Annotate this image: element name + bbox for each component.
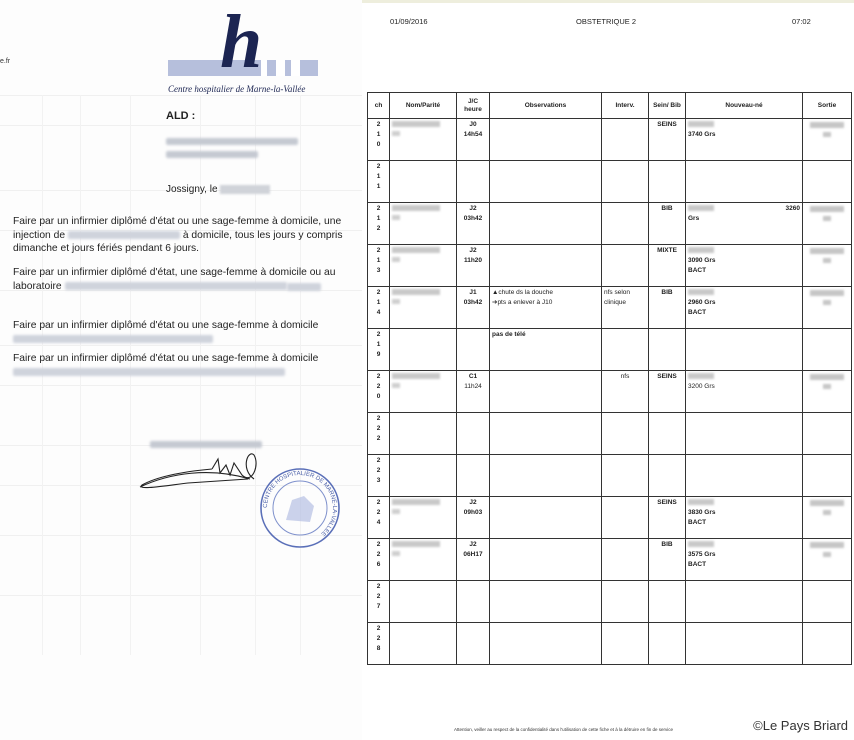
observations: [490, 455, 602, 497]
redacted-text: [287, 283, 321, 291]
discharge: [803, 539, 852, 581]
observations: [490, 497, 602, 539]
newborn-weight: 3090 Grs: [688, 256, 800, 266]
discharge: [803, 497, 852, 539]
feeding-type: [649, 455, 686, 497]
table-row: 211: [368, 161, 852, 203]
day-time: [457, 581, 490, 623]
photo-credit: ©Le Pays Briard: [751, 718, 850, 733]
prescription-page: e.fr h Centre hospitalier de Marne-la-Va…: [0, 0, 362, 740]
redacted-discharge: [823, 300, 831, 305]
redacted-name: [392, 205, 440, 211]
redacted-name: [392, 121, 440, 127]
hospital-logo: h Centre hospitalier de Marne-la-Vallée: [160, 18, 320, 98]
time: 11h24: [459, 382, 487, 392]
table-row: 213J211h20MIXTE3090 GrsBACT: [368, 245, 852, 287]
room-number: 210: [368, 119, 390, 161]
table-row: 226J206H17BIB3575 GrsBACT: [368, 539, 852, 581]
newborn: 3740 Grs: [686, 119, 803, 161]
observations: [490, 203, 602, 245]
intervention: [602, 581, 649, 623]
patient-name: [390, 119, 457, 161]
day-time: [457, 623, 490, 665]
observations: [490, 245, 602, 287]
patient-name: [390, 623, 457, 665]
redacted-discharge: [823, 258, 831, 263]
room-number: 211: [368, 161, 390, 203]
newborn-weight-value: 3260: [786, 204, 800, 214]
prescription-3: Faire par un infirmier diplômé d'état ou…: [13, 319, 343, 346]
newborn: [686, 161, 803, 203]
redacted-discharge: [810, 248, 844, 254]
feeding-type: [649, 161, 686, 203]
table-row: 220C111h24nfsSEINS3200 Grs: [368, 371, 852, 413]
feeding-type: SEINS: [649, 119, 686, 161]
day-time: J103h42: [457, 287, 490, 329]
observations: ▲chute ds la douche ➔pts a enlever à J10: [490, 287, 602, 329]
day-code: J2: [459, 498, 487, 508]
room-number: 224: [368, 497, 390, 539]
redacted-discharge: [810, 122, 844, 128]
redacted-patient-name: [166, 138, 298, 145]
column-header-sortie: Sortie: [803, 93, 852, 119]
patient-name: [390, 539, 457, 581]
discharge: [803, 329, 852, 371]
page-edge: [362, 0, 854, 3]
obstetrics-sheet: 01/09/2016 OBSTETRIQUE 2 07:02 chNom/Par…: [362, 0, 854, 740]
newborn-weight: 2960 Grs: [688, 298, 800, 308]
observations: pas de télé: [490, 329, 602, 371]
room-number: 227: [368, 581, 390, 623]
redacted-name: [392, 373, 440, 379]
observations: [490, 413, 602, 455]
intervention: nfs: [602, 371, 649, 413]
column-header-sein-bib: Sein/ Bib: [649, 93, 686, 119]
patient-name: [390, 371, 457, 413]
feeding-type: [649, 581, 686, 623]
observations: [490, 119, 602, 161]
prescription-4: Faire par un infirmier diplômé d'état ou…: [13, 352, 343, 379]
table-header: chNom/ParitéJ/C heureObservationsInterv.…: [368, 93, 852, 119]
redacted-medication: [68, 231, 180, 239]
website-fragment: e.fr: [0, 58, 10, 65]
redacted-discharge: [823, 510, 831, 515]
redacted-name: [392, 541, 440, 547]
feeding-type: BIB: [649, 287, 686, 329]
newborn-weight: Grs: [688, 214, 800, 224]
redacted-date: [220, 185, 270, 194]
sheet-time: 07:02: [792, 17, 811, 26]
discharge: [803, 623, 852, 665]
redacted-parity: [392, 131, 400, 136]
intervention: [602, 539, 649, 581]
day-code: J2: [459, 204, 487, 214]
redacted-text: [13, 335, 213, 343]
bact-flag: BACT: [688, 518, 800, 528]
table-row: 214J103h42▲chute ds la douche ➔pts a enl…: [368, 287, 852, 329]
column-header-nouveau-ne: Nouveau-né: [686, 93, 803, 119]
patient-name: [390, 455, 457, 497]
patient-name: [390, 581, 457, 623]
city-label: Jossigny, le: [166, 184, 218, 195]
redacted-patient-birthdate: [166, 151, 258, 158]
redacted-discharge: [810, 500, 844, 506]
table-row: 219pas de télé: [368, 329, 852, 371]
day-time: [457, 455, 490, 497]
hospital-stamp: CENTRE HOSPITALIER DE MARNE-LA-VALLEE: [258, 466, 342, 550]
table-row: 227: [368, 581, 852, 623]
room-number: 228: [368, 623, 390, 665]
column-header-observations: Observations: [490, 93, 602, 119]
redacted-newborn-name: [688, 499, 714, 505]
room-number: 222: [368, 413, 390, 455]
newborn: 3090 GrsBACT: [686, 245, 803, 287]
intervention: [602, 203, 649, 245]
redacted-parity: [392, 215, 400, 220]
patient-name: [390, 497, 457, 539]
observations: [490, 371, 602, 413]
redacted-newborn-name: [688, 289, 714, 295]
day-time: [457, 413, 490, 455]
discharge: [803, 455, 852, 497]
time: 03h42: [459, 298, 487, 308]
time: 06H17: [459, 550, 487, 560]
day-time: J209h03: [457, 497, 490, 539]
bact-flag: BACT: [688, 560, 800, 570]
place-date-line: Jossigny, le: [166, 184, 270, 195]
discharge: [803, 245, 852, 287]
room-number: 219: [368, 329, 390, 371]
feeding-type: MIXTE: [649, 245, 686, 287]
intervention: [602, 413, 649, 455]
day-time: J203h42: [457, 203, 490, 245]
patient-name: [390, 203, 457, 245]
day-code: J2: [459, 246, 487, 256]
discharge: [803, 371, 852, 413]
bact-flag: BACT: [688, 308, 800, 318]
feeding-type: [649, 329, 686, 371]
column-header-interv: Interv.: [602, 93, 649, 119]
discharge: [803, 581, 852, 623]
intervention: [602, 623, 649, 665]
newborn: [686, 581, 803, 623]
redacted-parity: [392, 509, 400, 514]
column-header-ch: ch: [368, 93, 390, 119]
time: 03h42: [459, 214, 487, 224]
table-row: 223: [368, 455, 852, 497]
redacted-parity: [392, 383, 400, 388]
confidentiality-note: Attention, veiller au respect de la conf…: [454, 727, 673, 732]
intervention: [602, 329, 649, 371]
redacted-name: [392, 499, 440, 505]
redacted-newborn-name: [688, 373, 714, 379]
redacted-text: [13, 368, 285, 376]
patient-name: [390, 329, 457, 371]
day-code: C1: [459, 372, 487, 382]
prescription-2: Faire par un infirmier diplômé d'état, u…: [13, 266, 343, 293]
newborn: [686, 455, 803, 497]
table-row: 210J014h54SEINS3740 Grs: [368, 119, 852, 161]
newborn: 2960 GrsBACT: [686, 287, 803, 329]
newborn: [686, 329, 803, 371]
time: 14h54: [459, 130, 487, 140]
observations: [490, 623, 602, 665]
observations: [490, 161, 602, 203]
patient-name: [390, 245, 457, 287]
bact-flag: BACT: [688, 266, 800, 276]
redacted-parity: [392, 551, 400, 556]
redacted-parity: [392, 257, 400, 262]
intervention: [602, 497, 649, 539]
intervention: nfs selon clinique: [602, 287, 649, 329]
discharge: [803, 287, 852, 329]
newborn-weight: 3740 Grs: [688, 130, 800, 140]
table-row: 224J209h03SEINS3830 GrsBACT: [368, 497, 852, 539]
day-time: J014h54: [457, 119, 490, 161]
feeding-type: BIB: [649, 203, 686, 245]
table-row: 228: [368, 623, 852, 665]
feeding-type: SEINS: [649, 371, 686, 413]
feeding-type: SEINS: [649, 497, 686, 539]
column-header-jc-heure: J/C heure: [457, 93, 490, 119]
newborn-weight: 3200 Grs: [688, 382, 800, 392]
room-number: 223: [368, 455, 390, 497]
redacted-name: [392, 247, 440, 253]
room-number: 214: [368, 287, 390, 329]
observations: [490, 539, 602, 581]
logo-letter: h: [220, 4, 262, 80]
redacted-discharge: [823, 552, 831, 557]
room-number: 220: [368, 371, 390, 413]
newborn: [686, 413, 803, 455]
redacted-newborn-name: [688, 205, 714, 211]
time: 09h03: [459, 508, 487, 518]
redacted-newborn-name: [688, 247, 714, 253]
intervention: [602, 161, 649, 203]
column-header-nom-parite: Nom/Parité: [390, 93, 457, 119]
redacted-newborn-name: [688, 121, 714, 127]
discharge: [803, 119, 852, 161]
day-code: J2: [459, 540, 487, 550]
patient-name: [390, 287, 457, 329]
discharge: [803, 161, 852, 203]
intervention: [602, 245, 649, 287]
newborn: 3260Grs: [686, 203, 803, 245]
day-time: J211h20: [457, 245, 490, 287]
day-time: J206H17: [457, 539, 490, 581]
day-code: J0: [459, 120, 487, 130]
observations: [490, 581, 602, 623]
redacted-text: [65, 282, 287, 290]
time: 11h20: [459, 256, 487, 266]
feeding-type: BIB: [649, 539, 686, 581]
intervention: [602, 119, 649, 161]
room-number: 226: [368, 539, 390, 581]
hospital-name: Centre hospitalier de Marne-la-Vallée: [168, 84, 305, 94]
redacted-discharge: [823, 216, 831, 221]
day-time: [457, 329, 490, 371]
ald-label: ALD :: [166, 110, 195, 122]
feeding-type: [649, 623, 686, 665]
redacted-discharge: [810, 374, 844, 380]
intervention: [602, 455, 649, 497]
newborn-weight: 3575 Grs: [688, 550, 800, 560]
room-number: 212: [368, 203, 390, 245]
newborn: 3575 GrsBACT: [686, 539, 803, 581]
day-time: C111h24: [457, 371, 490, 413]
redacted-parity: [392, 299, 400, 304]
redacted-discharge: [823, 384, 831, 389]
newborn: 3200 Grs: [686, 371, 803, 413]
redacted-discharge: [810, 290, 844, 296]
table-row: 222: [368, 413, 852, 455]
day-code: J1: [459, 288, 487, 298]
patient-name: [390, 161, 457, 203]
redacted-discharge: [823, 132, 831, 137]
patient-table: chNom/ParitéJ/C heureObservationsInterv.…: [367, 92, 852, 665]
redacted-newborn-name: [688, 541, 714, 547]
redacted-name: [392, 289, 440, 295]
redacted-discharge: [810, 542, 844, 548]
day-time: [457, 161, 490, 203]
patient-name: [390, 413, 457, 455]
discharge: [803, 413, 852, 455]
newborn-weight: 3830 Grs: [688, 508, 800, 518]
sheet-date: 01/09/2016: [390, 17, 428, 26]
table-row: 212J203h42BIB3260Grs: [368, 203, 852, 245]
newborn: [686, 623, 803, 665]
feeding-type: [649, 413, 686, 455]
room-number: 213: [368, 245, 390, 287]
redacted-discharge: [810, 206, 844, 212]
newborn: 3830 GrsBACT: [686, 497, 803, 539]
discharge: [803, 203, 852, 245]
sheet-title: OBSTETRIQUE 2: [576, 17, 636, 26]
prescription-1: Faire par un infirmier diplômé d'état ou…: [13, 215, 343, 256]
